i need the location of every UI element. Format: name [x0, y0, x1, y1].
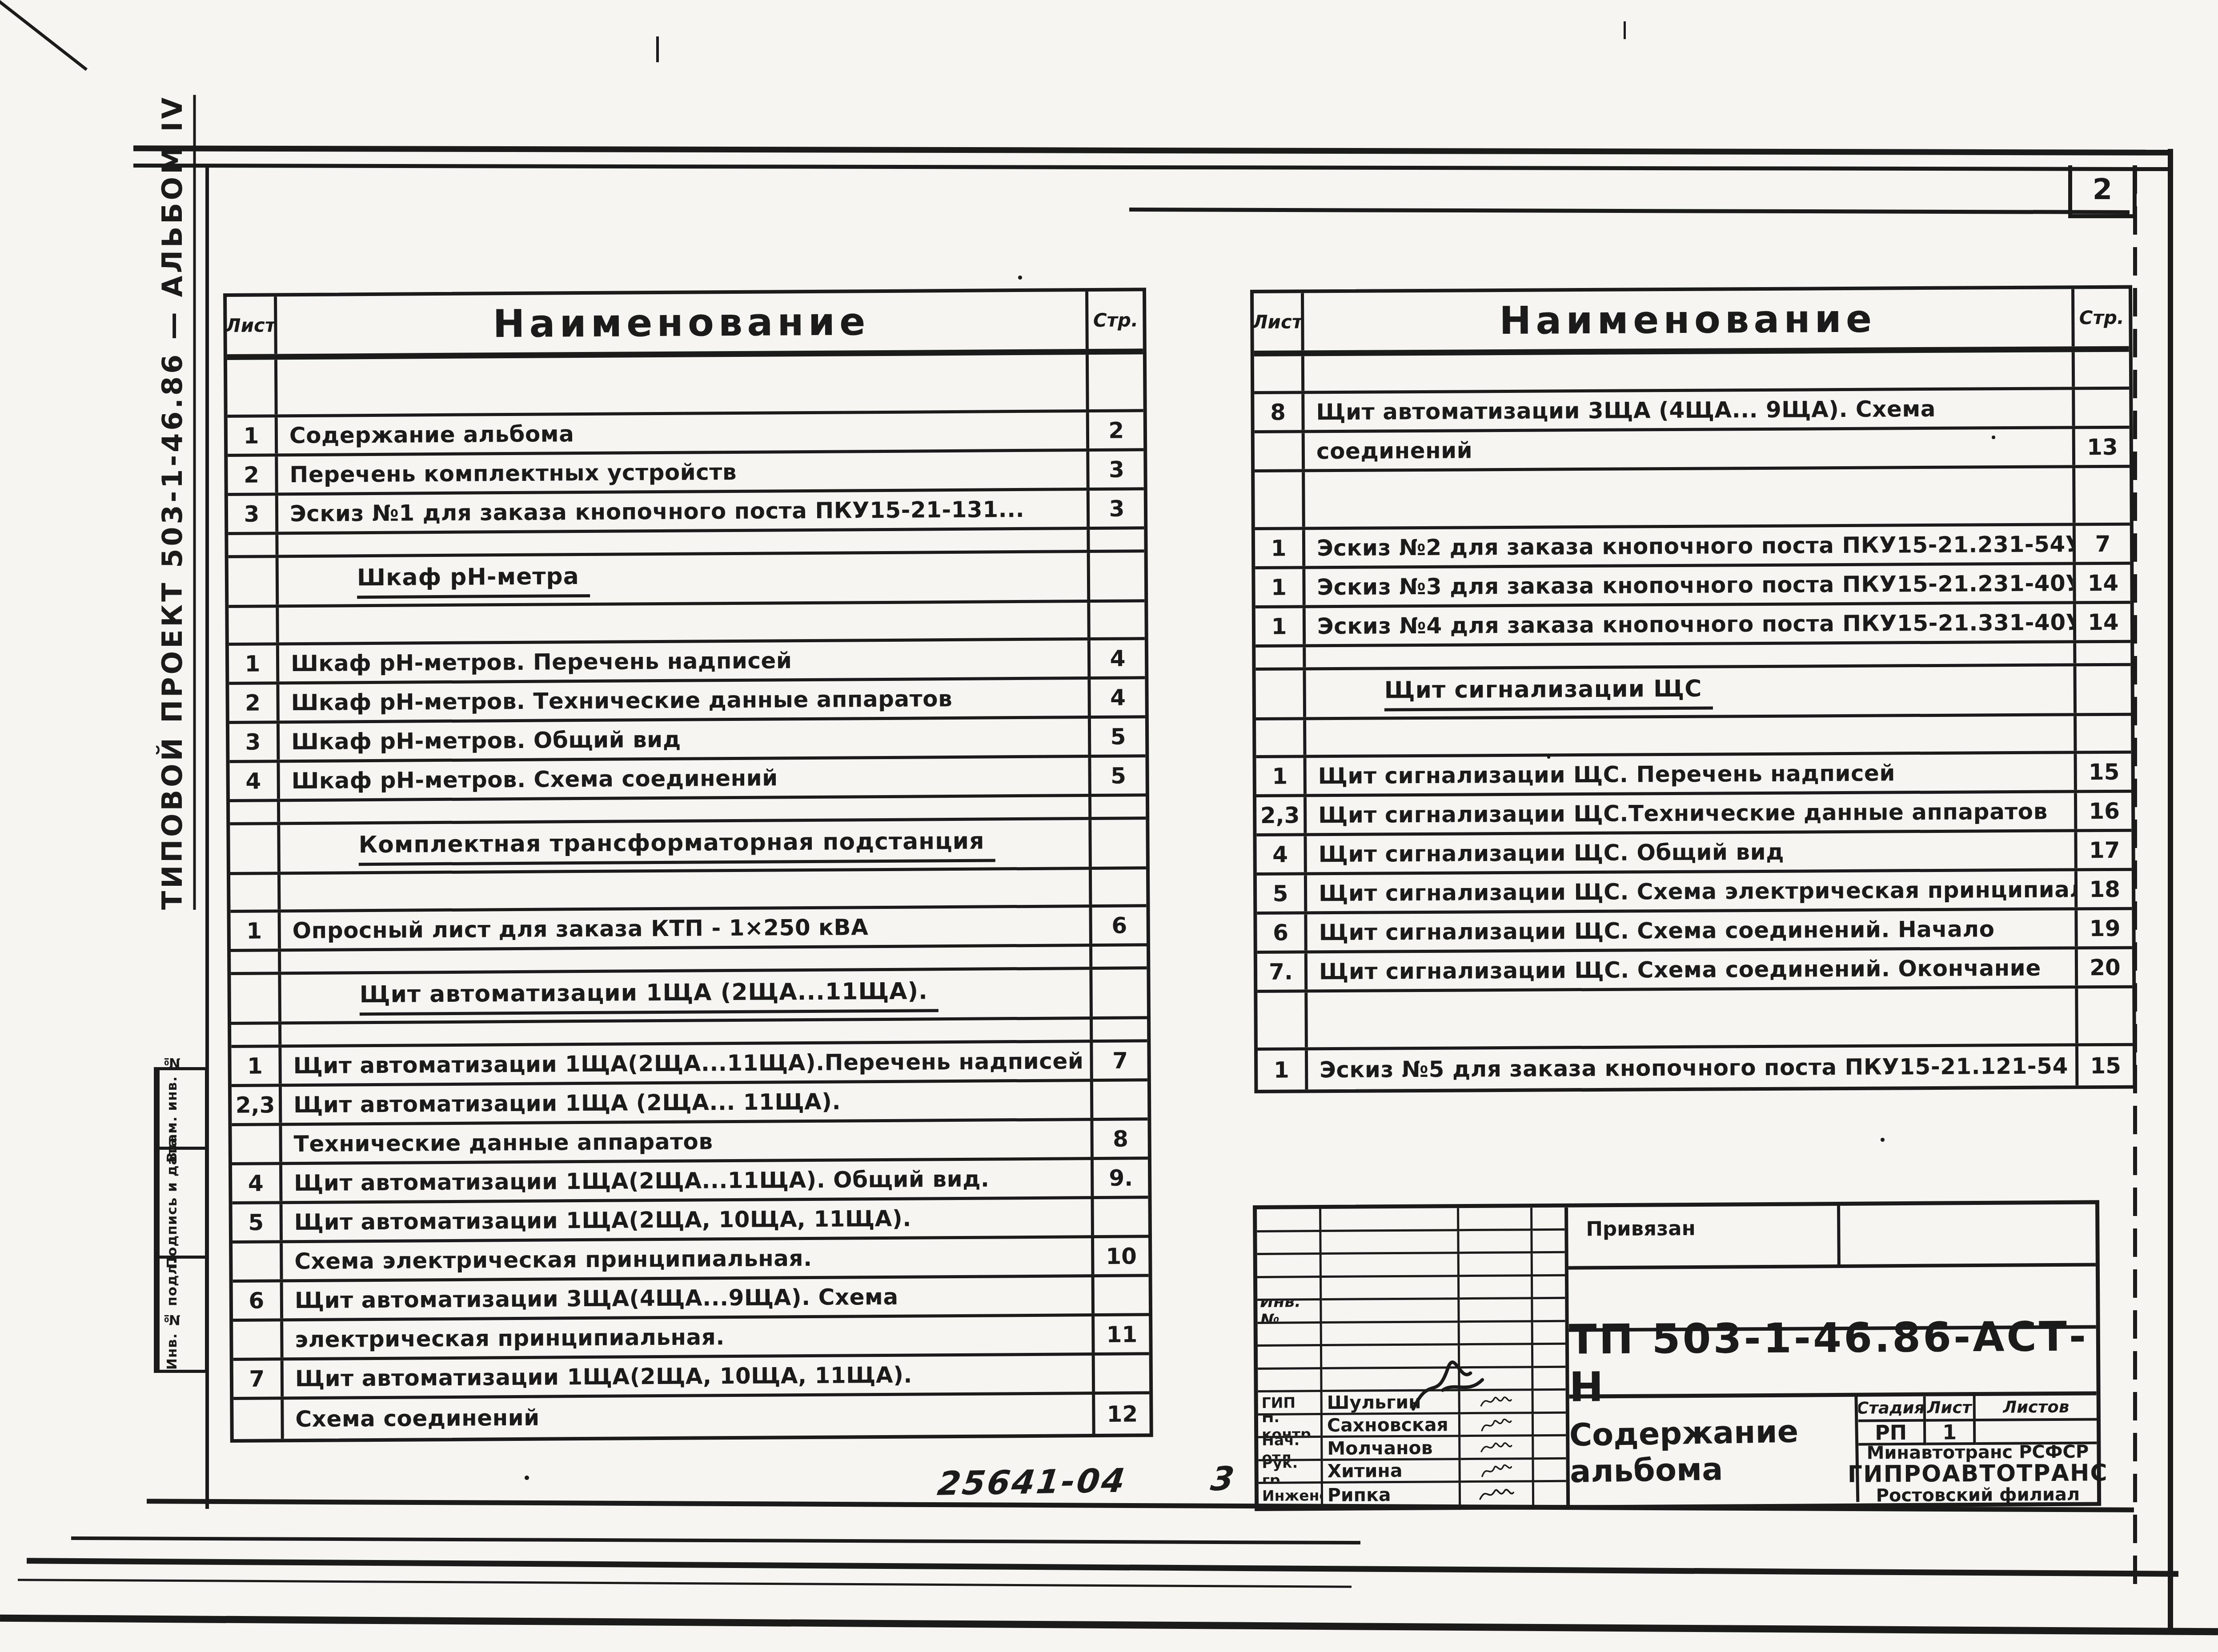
title-block-empty-top-cell	[1840, 1204, 2096, 1268]
toc-name-cell: Щит автоматизации 1ЩА(2ЩА...11ЩА). Общий…	[282, 1160, 1094, 1201]
scan-bottom-artifact-line-2	[27, 1558, 2178, 1577]
frame-top-edge-line	[133, 145, 2170, 156]
toc-page-cell	[1093, 1081, 1147, 1118]
toc-section-row: Щит автоматизации 1ЩА (2ЩА...11ЩА).	[231, 969, 1147, 1025]
toc-page-cell: 2	[1089, 412, 1143, 448]
toc-page-cell	[1090, 552, 1145, 600]
toc-entry-row: 3Шкаф pH-метров. Общий вид5	[229, 718, 1145, 763]
scan-speck	[1018, 276, 1022, 280]
toc-name-cell: Щит сигнализации ЩС. Схема электрическая…	[1307, 871, 2078, 911]
toc-sheet-cell: 4	[1256, 836, 1307, 872]
side-stamp-blank	[184, 1150, 205, 1256]
person-name: Молчанов	[1323, 1437, 1460, 1461]
signature-scribble	[1460, 1414, 1532, 1435]
title-block-grid-cell	[1534, 1414, 1566, 1437]
side-stamp-boxes: Взам. инв. №Подпись и датаИнв. № подл.	[154, 1070, 208, 1373]
toc-name-cell	[1306, 643, 2076, 667]
toc-sheet-cell: 1	[1256, 758, 1307, 794]
toc-name-cell: Щит сигнализации ЩС. Общий вид	[1307, 832, 2077, 872]
toc-page-cell	[2076, 666, 2131, 713]
toc-sheet-cell: 1	[1255, 569, 1305, 605]
title-block-grid-cell	[1460, 1253, 1533, 1277]
toc-page-cell: 7	[1093, 1042, 1147, 1079]
toc-sheet-cell: 5	[1257, 875, 1307, 912]
scan-bottom-artifact-line-1	[71, 1536, 1360, 1544]
scan-speck	[525, 1476, 529, 1480]
toc-sheet-cell	[229, 608, 279, 643]
toc-name-cell: электрическая принципиальная.	[283, 1316, 1095, 1357]
stage-sheet-table: СтадияЛистЛистовРП1	[1858, 1395, 2097, 1445]
toc-name-cell: Щит автоматизации 1ЩА (2ЩА...11ЩА).	[281, 970, 1093, 1021]
toc-page-cell	[1095, 1355, 1149, 1392]
person-role: ГИП	[1258, 1392, 1323, 1415]
title-block-grid-cell	[1533, 1322, 1565, 1345]
toc-entry-row: 4Щит сигнализации ЩС. Общий вид17	[1256, 832, 2131, 876]
toc-name-cell: Комплектная трансформаторная подстанция	[280, 820, 1092, 872]
toc-page-cell: 4	[1091, 679, 1145, 716]
title-block-grid-cell	[1258, 1346, 1322, 1369]
toc-sheet-cell: 1	[229, 645, 279, 682]
toc-page-cell	[2075, 390, 2129, 426]
title-block-grid-cell	[1460, 1276, 1533, 1300]
toc-sheet-cell: 3	[228, 496, 278, 532]
toc-entry-row: 2,3Щит сигнализации ЩС.Технические данны…	[1256, 793, 2131, 836]
toc-sheet-cell: 3	[229, 724, 280, 760]
toc-sheet-cell	[232, 1126, 282, 1162]
toc-entry-row: Схема электрическая принципиальная.10	[233, 1238, 1148, 1283]
title-block-grid-cell	[1460, 1414, 1534, 1437]
toc-entry-row: 1Щит автоматизации 1ЩА(2ЩА...11ЩА).Переч…	[231, 1042, 1147, 1087]
toc-sheet-cell	[1256, 720, 1306, 755]
sheet-number-box: 2	[2068, 165, 2137, 218]
side-vertical-title: ТИПОВОЙ ПРОЕКТ 503-1-46.86 — АЛЬБОМ IV	[139, 191, 205, 813]
toc-sheet-cell: 1	[228, 417, 278, 454]
toc-page-cell: 5	[1091, 757, 1145, 794]
side-stamp-box: Подпись и дата	[154, 1147, 208, 1259]
toc-name-cell: Перечень комплектных устройств	[278, 452, 1089, 492]
title-block-grid-cell	[1322, 1254, 1460, 1277]
toc-entry-row: 4Шкаф pH-метров. Схема соединений5	[229, 757, 1145, 802]
toc-entry-row: соединений13	[1255, 429, 2130, 472]
toc-sheet-cell	[230, 802, 280, 822]
toc-spacer-row	[1254, 352, 2129, 394]
scan-mark	[656, 36, 659, 62]
person-name: Хитина	[1323, 1460, 1461, 1484]
toc-name-cell	[281, 870, 1092, 909]
toc-name-cell: Шкаф pH-метра	[279, 553, 1091, 604]
toc-sheet-cell	[233, 1400, 284, 1439]
toc-name-cell: Щит сигнализации ЩС. Схема соединений. Н…	[1307, 910, 2078, 950]
toc-page-cell: 3	[1089, 451, 1143, 488]
title-block-grid-cell	[1322, 1323, 1460, 1346]
toc-spacer-row	[229, 602, 1144, 646]
toc-name-cell: Содержание альбома	[278, 412, 1089, 453]
toc-name-cell	[1306, 716, 2077, 755]
organization-block: Минавтотранс РСФСРГИПРОАВТОТРАНСРостовск…	[1858, 1444, 2097, 1503]
toc-entry-row: 1Шкаф pH-метров. Перечень надписей4	[229, 640, 1145, 685]
toc-page-cell: 4	[1091, 640, 1145, 676]
scan-speck	[1547, 756, 1550, 759]
side-stamp-box: Инв. № подл.	[154, 1256, 208, 1373]
sheet-number: 2	[2093, 173, 2113, 206]
toc-sheet-cell	[227, 360, 278, 415]
toc-sheet-cell: 1	[1255, 608, 1306, 644]
toc-page-cell	[1089, 354, 1143, 409]
toc-sheet-cell: 4	[232, 1165, 282, 1201]
toc-page-cell: 12	[1095, 1394, 1150, 1434]
side-stamp-blank	[184, 1070, 205, 1147]
toc-page-cell	[1090, 529, 1144, 550]
toc-name-cell	[1308, 988, 2078, 1047]
toc-name-cell: Щит автоматизации 1ЩА (2ЩА... 11ЩА).	[282, 1082, 1093, 1123]
scan-mark	[1624, 21, 1626, 39]
toc-page-cell	[2077, 716, 2131, 751]
toc-page-cell: 8	[1093, 1120, 1147, 1157]
toc-entry-row: 2Перечень комплектных устройств3	[228, 451, 1143, 496]
stage-table-header: Лист	[1926, 1396, 1976, 1422]
toc-entry-row: 6Щит сигнализации ЩС. Схема соединений. …	[1257, 910, 2132, 954]
toc-page-cell	[2075, 468, 2130, 523]
frame-right-edge-line	[2168, 149, 2173, 1629]
toc-name-cell: Щит автоматизации 3ЩА (4ЩА... 9ЩА). Схем…	[1304, 390, 2075, 430]
scan-bottom-edge-band	[0, 1615, 2218, 1635]
toc-sheet-cell: 1	[1258, 1050, 1308, 1090]
toc-name-cell: Шкаф pH-метров. Общий вид	[280, 719, 1091, 760]
scan-speck	[676, 658, 679, 661]
toc-page-cell: 15	[2078, 1046, 2133, 1086]
toc-header-name: Наименование	[277, 292, 1089, 354]
toc-entry-row: 5Щит сигнализации ЩС. Схема электрическа…	[1257, 871, 2132, 915]
toc-entry-row: 1Щит сигнализации ЩС. Перечень надписей1…	[1256, 754, 2131, 797]
stage-table-value: РП	[1858, 1422, 1926, 1446]
title-block-grid-cell	[1459, 1208, 1532, 1231]
toc-sheet-cell: 1	[1255, 530, 1305, 566]
side-stamp-box: Взам. инв. №	[154, 1067, 208, 1150]
title-block-grid-cell	[1533, 1253, 1565, 1276]
toc-section-row: Комплектная трансформаторная подстанция	[230, 820, 1146, 875]
toc-entry-row: 8Щит автоматизации 3ЩА (4ЩА... 9ЩА). Схе…	[1254, 390, 2129, 433]
toc-sheet-cell	[233, 1243, 283, 1280]
title-block-grid-cell	[1322, 1300, 1460, 1323]
footer-note-sheet: 3	[1208, 1460, 1238, 1498]
toc-name-cell: соединений	[1305, 429, 2075, 469]
toc-name-cell: Шкаф pH-метров. Перечень надписей	[279, 640, 1091, 681]
toc-header-page: Стр.	[1088, 291, 1143, 349]
toc-sheet-cell: 2,3	[1256, 797, 1307, 833]
toc-sheet-cell: 1	[231, 912, 281, 949]
toc-name-cell: Эскиз №3 для заказа кнопочного поста ПКУ…	[1305, 565, 2076, 605]
title-block-grid-cell	[1321, 1231, 1459, 1255]
toc-section-title: Щит автоматизации 1ЩА (2ЩА...11ЩА).	[359, 976, 939, 1016]
person-role: Инженер	[1259, 1484, 1323, 1507]
toc-page-cell	[2076, 643, 2130, 664]
organization-line: Ростовский филиал	[1876, 1485, 2080, 1505]
signature-scribble	[1461, 1484, 1532, 1505]
toc-sheet-cell: 7	[233, 1360, 284, 1397]
toc-name-cell: Эскиз №1 для заказа кнопочного поста ПКУ…	[278, 491, 1090, 532]
toc-section-title: Комплектная трансформаторная подстанция	[358, 826, 995, 866]
inventory-number-label: Инв.№	[1257, 1300, 1322, 1324]
footer-note: 25641-043	[935, 1460, 1238, 1503]
toc-sheet-cell: 7.	[1257, 953, 1308, 990]
toc-page-cell: 9.	[1094, 1160, 1148, 1196]
toc-entry-row: 2Шкаф pH-метров. Технические данные аппа…	[229, 679, 1145, 724]
toc-section-row: Шкаф pH-метра	[229, 552, 1145, 608]
footer-note-number: 25641-04	[935, 1461, 1129, 1503]
toc-sheet-cell: 2	[229, 684, 279, 721]
toc-page-cell: 7	[2076, 526, 2130, 562]
toc-sheet-cell	[228, 535, 278, 555]
title-block-grid-cell	[1533, 1345, 1565, 1368]
toc-entry-row: 1Эскиз №5 для заказа кнопочного поста ПК…	[1258, 1046, 2133, 1090]
toc-table-right: ЛистНаименованиеСтр.8Щит автоматизации 3…	[1250, 285, 2136, 1093]
title-block-grid-cell	[1257, 1278, 1322, 1301]
toc-page-cell	[1091, 820, 1146, 867]
toc-sheet-cell: 5	[233, 1204, 283, 1240]
toc-entry-row: 1Эскиз №4 для заказа кнопочного поста ПК…	[1255, 604, 2130, 648]
toc-page-cell: 6	[1092, 907, 1146, 944]
toc-entry-row: 5Щит автоматизации 1ЩА(2ЩА, 10ЩА, 11ЩА).	[233, 1199, 1148, 1244]
toc-entry-row: Технические данные аппаратов8	[232, 1120, 1147, 1165]
toc-spacer-row	[1257, 988, 2133, 1051]
toc-name-cell	[1304, 352, 2075, 391]
person-role: Рук. гр.	[1259, 1461, 1323, 1484]
toc-name-cell: Щит сигнализации ЩС. Схема соединений. О…	[1308, 949, 2078, 989]
title-block-grid-cell	[1258, 1324, 1322, 1347]
toc-page-cell: 19	[2078, 910, 2132, 947]
toc-entry-row: 7.Щит сигнализации ЩС. Схема соединений.…	[1257, 949, 2132, 993]
toc-entry-row: 2,3Щит автоматизации 1ЩА (2ЩА... 11ЩА).	[232, 1081, 1147, 1126]
toc-page-cell	[1091, 796, 1146, 817]
scan-bottom-artifact-line-3	[18, 1579, 1352, 1588]
title-block-grid-cell	[1534, 1391, 1566, 1414]
toc-sheet-cell: 2,3	[232, 1087, 282, 1123]
toc-name-cell: Технические данные аппаратов	[282, 1121, 1093, 1162]
title-block-grid-cell	[1533, 1299, 1565, 1322]
title-block-grid-cell	[1459, 1231, 1532, 1254]
toc-entry-row: 1Эскиз №3 для заказа кнопочного поста ПК…	[1255, 565, 2130, 608]
toc-page-cell: 5	[1091, 718, 1145, 755]
title-block: Инв.№ГИПШульгинН. контрСахновскаяНач. от…	[1253, 1200, 2101, 1511]
toc-sheet-cell	[231, 1024, 281, 1045]
toc-page-cell: 15	[2077, 754, 2131, 790]
toc-page-cell: 14	[2076, 565, 2130, 601]
toc-header-row: ЛистНаименованиеСтр.	[227, 291, 1143, 360]
toc-page-cell	[1092, 869, 1146, 904]
title-block-grid-cell	[1460, 1299, 1533, 1323]
document-code: ТП 503-1-46.86-АСТ-Н	[1569, 1328, 2097, 1398]
signature-scribble	[1460, 1437, 1532, 1457]
toc-name-cell: Схема электрическая принципиальная.	[283, 1238, 1094, 1279]
stage-table-header: Стадия	[1858, 1396, 1926, 1422]
toc-sheet-cell	[229, 558, 279, 605]
toc-page-cell: 10	[1094, 1238, 1148, 1274]
scan-corner-fold-line	[0, 0, 88, 71]
toc-page-cell: 17	[2077, 832, 2131, 868]
toc-name-cell: Щит сигнализации ЩС. Перечень надписей	[1307, 754, 2077, 794]
toc-name-cell	[279, 603, 1090, 642]
title-block-grid-cell	[1460, 1437, 1534, 1460]
toc-sheet-cell	[230, 825, 281, 872]
title-block-grid-cell	[1257, 1232, 1321, 1255]
toc-page-cell	[2075, 352, 2129, 387]
title-block-grid-cell	[1534, 1436, 1566, 1460]
toc-entry-row: Схема соединений12	[233, 1394, 1149, 1439]
scan-speck	[1881, 1138, 1885, 1142]
toc-spacer-row	[230, 869, 1146, 913]
toc-sheet-cell	[231, 975, 281, 1022]
signature-scribble	[1461, 1460, 1532, 1481]
title-block-grid-cell	[1321, 1208, 1459, 1232]
toc-section-title: Щит сигнализации ЩС	[1384, 674, 1713, 712]
title-block-grid-cell	[1533, 1276, 1565, 1299]
side-stamp-label: Подпись и дата	[157, 1150, 184, 1256]
toc-table-left: ЛистНаименованиеСтр.1Содержание альбома2…	[223, 288, 1153, 1443]
toc-sheet-cell	[1257, 992, 1308, 1048]
toc-page-cell	[2078, 988, 2133, 1044]
toc-name-cell: Щит сигнализации ЩС.Технические данные а…	[1307, 793, 2077, 833]
toc-sheet-cell: 6	[1257, 914, 1307, 951]
toc-entry-row: 7Щит автоматизации 1ЩА(2ЩА, 10ЩА, 11ЩА).	[233, 1355, 1149, 1400]
signature-scribble	[1404, 1355, 1489, 1417]
toc-spacer-row	[1256, 716, 2131, 758]
toc-header-name: Наименование	[1304, 289, 2075, 350]
toc-name-cell: Щит автоматизации 3ЩА(4ЩА...9ЩА). Схема	[283, 1277, 1095, 1318]
toc-name-cell: Эскиз №4 для заказа кнопочного поста ПКУ…	[1306, 604, 2076, 644]
toc-entry-row: 1Эскиз №2 для заказа кнопочного поста ПК…	[1255, 526, 2130, 569]
toc-name-cell: Схема соединений	[284, 1395, 1095, 1439]
toc-name-cell: Эскиз №5 для заказа кнопочного поста ПКУ…	[1308, 1046, 2078, 1089]
organization-line: ГИПРОАВТОТРАНС	[1848, 1461, 2108, 1487]
person-name: Сахновская	[1323, 1414, 1460, 1438]
document-title: Содержание альбома	[1568, 1395, 1859, 1507]
toc-sheet-cell: 2	[228, 456, 278, 493]
toc-name-cell: Щит автоматизации 1ЩА(2ЩА, 10ЩА, 11ЩА).	[283, 1199, 1094, 1240]
toc-name-cell: Шкаф pH-метров. Схема соединений	[280, 758, 1091, 799]
toc-sheet-cell	[1255, 647, 1306, 668]
toc-name-cell	[277, 355, 1089, 414]
toc-page-cell: 14	[2076, 604, 2130, 640]
toc-name-cell	[1305, 468, 2076, 527]
toc-page-cell: 20	[2078, 949, 2132, 986]
side-stamp-label: Взам. инв. №	[157, 1070, 184, 1147]
toc-header-page: Стр.	[2074, 289, 2129, 347]
title-block-grid-cell	[1532, 1208, 1564, 1231]
toc-name-cell: Эскиз №2 для заказа кнопочного поста ПКУ…	[1305, 526, 2076, 566]
toc-entry-row: электрическая принципиальная.11	[233, 1316, 1149, 1361]
person-role: Нач. отд	[1258, 1438, 1323, 1461]
toc-page-cell: 16	[2077, 793, 2131, 829]
title-block-grid-cell	[1461, 1483, 1534, 1506]
toc-page-cell: 13	[2075, 429, 2130, 465]
toc-header-sheet: Лист	[1254, 293, 1304, 351]
side-stamp-blank	[184, 1259, 205, 1370]
toc-spacer-row	[1255, 468, 2130, 530]
toc-name-cell: Щит автоматизации 1ЩА(2ЩА, 10ЩА, 11ЩА).	[284, 1356, 1095, 1396]
toc-sheet-cell	[1254, 356, 1304, 391]
toc-sheet-cell: 1	[231, 1048, 281, 1084]
toc-entry-row: 6Щит автоматизации 3ЩА(4ЩА...9ЩА). Схема	[233, 1277, 1149, 1322]
toc-sheet-cell	[1255, 670, 1306, 717]
binding-note-cell: Привязан	[1568, 1206, 1841, 1270]
toc-header-row: ЛистНаименованиеСтр.	[1254, 289, 2129, 356]
toc-page-cell	[1090, 602, 1144, 637]
title-block-grid-cell	[1257, 1255, 1322, 1278]
toc-name-cell: Щит автоматизации 1ЩА(2ЩА...11ЩА).Перече…	[281, 1043, 1093, 1084]
toc-section-row: Щит сигнализации ЩС	[1255, 666, 2131, 720]
toc-sheet-cell	[230, 875, 281, 910]
frame-top-line	[133, 164, 2170, 171]
toc-section-title: Шкаф pH-метра	[357, 561, 590, 599]
scan-speck	[1992, 436, 1995, 439]
toc-sheet-cell	[231, 952, 281, 972]
toc-sheet-cell: 4	[229, 763, 280, 799]
frame-top-inner-line	[1129, 208, 2130, 214]
title-block-grid-cell	[1257, 1209, 1321, 1232]
title-block-grid-cell	[1532, 1230, 1564, 1253]
toc-sheet-cell	[1255, 472, 1305, 527]
toc-page-cell: 3	[1090, 490, 1144, 527]
toc-page-cell	[1095, 1277, 1149, 1313]
title-block-grid-cell	[1258, 1369, 1322, 1392]
toc-sheet-cell: 8	[1254, 394, 1304, 430]
organization-line: Минавтотранс РСФСР	[1867, 1442, 2089, 1462]
toc-entry-row: 3Эскиз №1 для заказа кнопочного поста ПК…	[228, 490, 1144, 535]
toc-name-cell: Опросный лист для заказа КТП - 1×250 кВА	[281, 908, 1092, 948]
toc-name-cell: Шкаф pH-метров. Технические данные аппар…	[279, 680, 1091, 720]
toc-page-cell	[1094, 1199, 1148, 1235]
toc-entry-row: 4Щит автоматизации 1ЩА(2ЩА...11ЩА). Общи…	[232, 1160, 1148, 1204]
toc-sheet-cell	[233, 1321, 283, 1358]
side-stamp-label: Инв. № подл.	[157, 1259, 184, 1370]
person-name: Рипка	[1323, 1483, 1461, 1507]
title-block-grid-cell	[1533, 1368, 1565, 1391]
toc-page-cell	[1093, 1019, 1147, 1040]
title-block-grid-cell	[1322, 1277, 1460, 1300]
toc-header-sheet: Лист	[227, 296, 277, 354]
toc-page-cell	[1092, 969, 1147, 1016]
toc-sheet-cell: 6	[233, 1282, 283, 1319]
title-block-grid-cell	[1534, 1482, 1566, 1505]
toc-page-cell: 11	[1095, 1316, 1149, 1352]
title-block-grid-cell	[1534, 1460, 1566, 1483]
toc-entry-row: 1Содержание альбома2	[228, 412, 1143, 457]
toc-name-cell: Щит сигнализации ЩС	[1306, 666, 2077, 717]
title-block-grid-cell	[1460, 1322, 1533, 1346]
toc-page-cell	[1092, 946, 1147, 967]
toc-entry-row: 1Опросный лист для заказа КТП - 1×250 кВ…	[231, 907, 1147, 952]
title-block-grid-cell	[1461, 1460, 1534, 1483]
stage-table-header: Листов	[1976, 1395, 2097, 1421]
person-role: Н. контр	[1258, 1415, 1323, 1438]
toc-sheet-cell	[1255, 433, 1305, 469]
stage-table-value: 1	[1926, 1421, 1976, 1445]
toc-page-cell: 18	[2078, 871, 2132, 908]
toc-spacer-row	[227, 354, 1143, 418]
